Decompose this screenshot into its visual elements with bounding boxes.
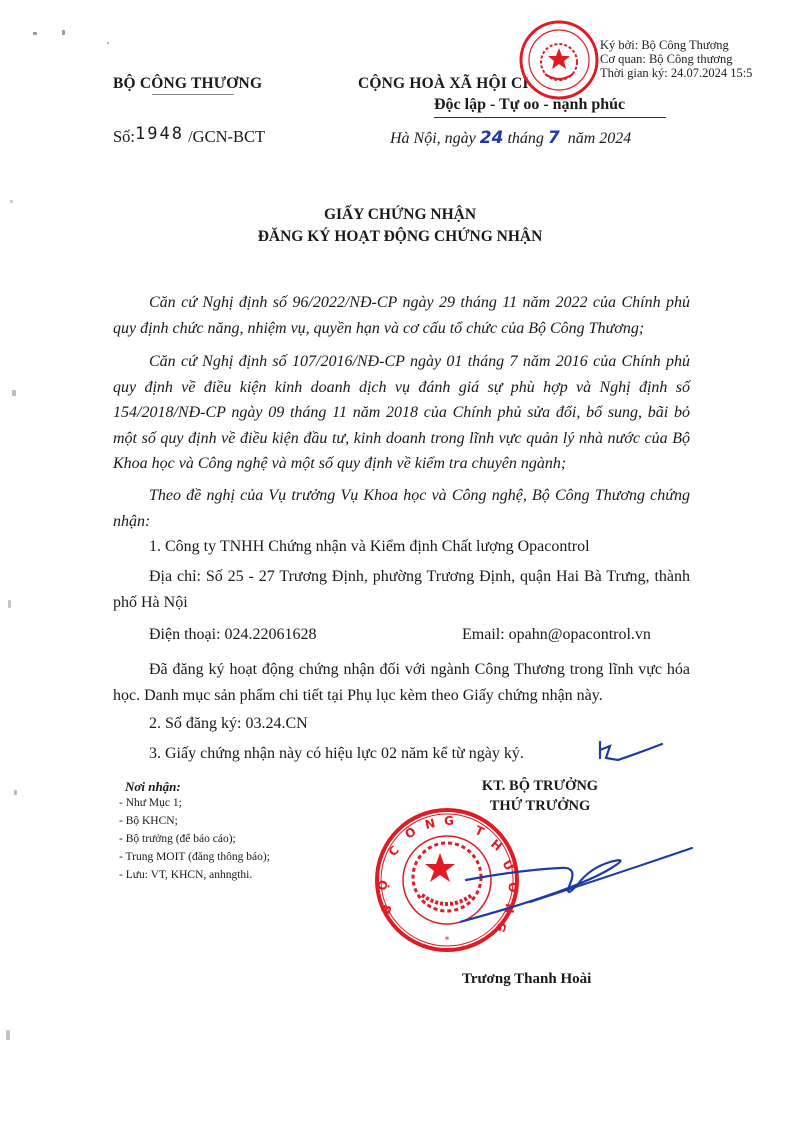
scan-speck (14, 790, 17, 795)
top-stamp-icon (517, 18, 601, 102)
recipient-item: - Bộ trưởng (để báo cáo); (119, 833, 236, 845)
signer-name: Trương Thanh Hoài (462, 971, 591, 988)
item-2-registration-number: 2. Số đăng ký: 03.24.CN (113, 711, 690, 737)
handwritten-signature-icon (460, 840, 700, 930)
document-number: Số:1948 /GCN-BCT (113, 127, 265, 147)
agency-underline (152, 94, 234, 95)
motto-underline (434, 117, 666, 118)
legal-basis-2: Căn cứ Nghị định số 107/2016/NĐ-CP ngày … (113, 349, 690, 477)
handwritten-month: 7 (548, 128, 560, 148)
recipient-item: - Lưu: VT, KHCN, anhngthi. (119, 869, 252, 881)
doc-number-value: 1948 (135, 124, 184, 144)
issuing-agency: BỘ CÔNG THƯƠNG (113, 75, 262, 93)
country-name: CỘNG HOÀ XÃ HỘI CI (358, 75, 529, 93)
scan-speck (107, 42, 109, 44)
scan-speck (62, 30, 65, 35)
scan-speck (10, 200, 13, 203)
doc-number-suffix: /GCN-BCT (188, 127, 265, 146)
scan-speck (8, 600, 11, 608)
esig-signed-by: Ký bởi: Bộ Công Thương (600, 38, 752, 52)
document-title-line1: GIẤY CHỨNG NHẬN (0, 206, 800, 224)
recipient-item: - Như Mục 1; (119, 797, 182, 809)
svg-text:T: T (473, 823, 487, 839)
svg-text:B: B (379, 903, 395, 916)
scan-speck (12, 390, 16, 396)
registration-scope: Đã đăng ký hoạt động chứng nhận đối với … (113, 657, 690, 708)
company-address: Địa chỉ: Số 25 - 27 Trương Định, phường … (113, 564, 690, 615)
svg-text:G: G (444, 814, 454, 828)
company-email: Email: opahn@opacontrol.vn (462, 626, 702, 644)
digital-signature-block: Ký bởi: Bộ Công Thương Cơ quan: Bộ Công … (600, 38, 752, 80)
year-label: năm 2024 (568, 130, 632, 147)
recipients-title: Nơi nhận: (125, 779, 181, 795)
initials-scribble-icon (596, 738, 666, 764)
recipient-item: - Bộ KHCN; (119, 815, 178, 827)
place-date-prefix: Hà Nội, ngày (390, 130, 476, 147)
document-title-line2: ĐĂNG KÝ HOẠT ĐỘNG CHỨNG NHẬN (0, 228, 800, 246)
doc-number-label: Số: (113, 127, 135, 146)
scan-speck (6, 1030, 10, 1040)
place-date: Hà Nội, ngày 24 tháng 7 năm 2024 (390, 128, 631, 148)
month-label: tháng (507, 130, 543, 147)
legal-basis-1: Căn cứ Nghị định số 96/2022/NĐ-CP ngày 2… (113, 290, 690, 341)
svg-text:N: N (424, 816, 437, 832)
esig-time: Thời gian ký: 24.07.2024 15:5 (600, 66, 752, 80)
svg-text:Ộ: Ộ (374, 879, 391, 892)
handwritten-day: 24 (480, 128, 504, 148)
scan-speck (33, 32, 37, 35)
esig-agency: Cơ quan: Bộ Công thương (600, 52, 752, 66)
recipient-item: - Trung MOIT (đăng thông báo); (119, 851, 270, 863)
svg-text:*: * (445, 935, 450, 946)
item-1-company: 1. Công ty TNHH Chứng nhận và Kiểm định … (113, 534, 690, 560)
signature-title-line1: KT. BỘ TRƯỞNG (470, 778, 610, 795)
proposal-paragraph: Theo đề nghị của Vụ trưởng Vụ Khoa học v… (113, 483, 690, 534)
